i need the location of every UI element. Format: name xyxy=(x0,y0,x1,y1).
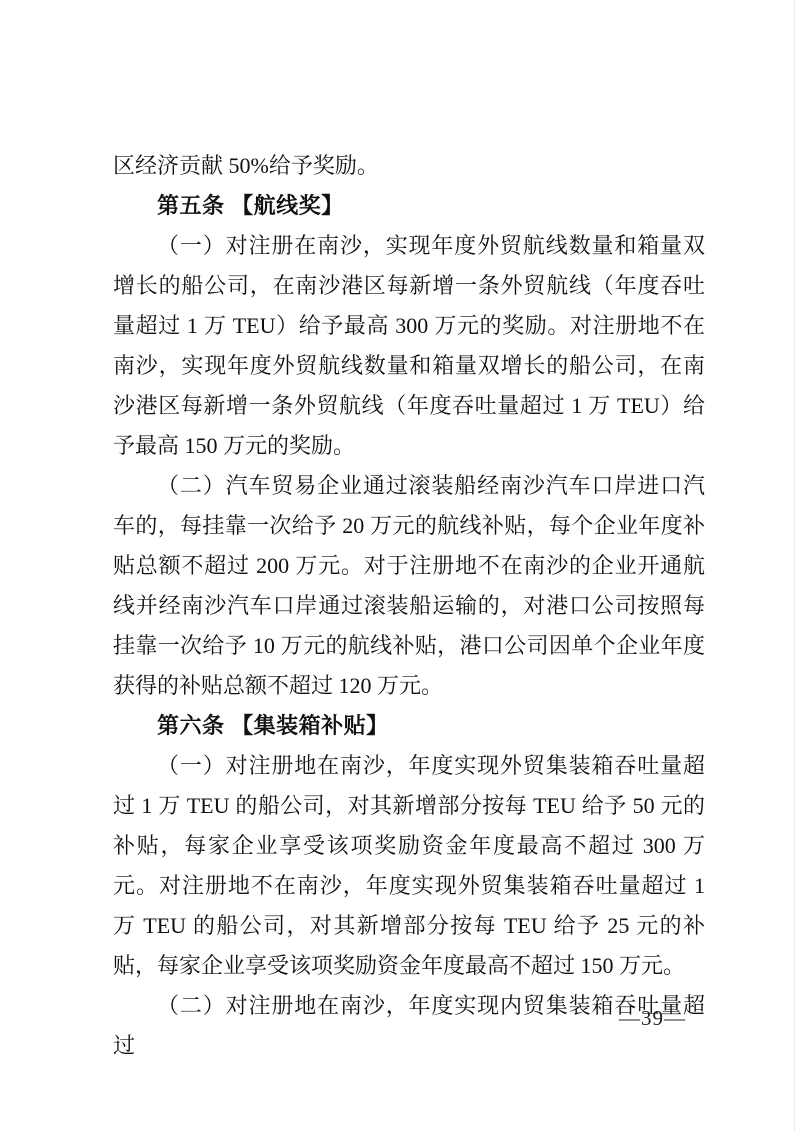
document-body: 区经济贡献 50%给予奖励。 第五条 【航线奖】 （一）对注册在南沙，实现年度外… xyxy=(113,146,705,1066)
section-heading-article-5: 第五条 【航线奖】 xyxy=(113,186,705,226)
paragraph-article5-item2: （二）汽车贸易企业通过滚装船经南沙汽车口岸进口汽车的，每挂靠一次给予 20 万元… xyxy=(113,466,705,706)
paragraph-article5-item1: （一）对注册在南沙，实现年度外贸航线数量和箱量双增长的船公司，在南沙港区每新增一… xyxy=(113,226,705,466)
section-heading-article-6: 第六条 【集装箱补贴】 xyxy=(113,706,705,746)
scan-edge-artifact xyxy=(794,0,795,1131)
continuation-line: 区经济贡献 50%给予奖励。 xyxy=(113,146,705,186)
page-number: —39— xyxy=(619,1004,686,1032)
document-page: 区经济贡献 50%给予奖励。 第五条 【航线奖】 （一）对注册在南沙，实现年度外… xyxy=(0,0,800,1131)
paragraph-article6-item1: （一）对注册地在南沙，年度实现外贸集装箱吞吐量超过 1 万 TEU 的船公司，对… xyxy=(113,746,705,986)
paragraph-article6-item2: （二）对注册地在南沙，年度实现内贸集装箱吞吐量超过 xyxy=(113,986,705,1066)
